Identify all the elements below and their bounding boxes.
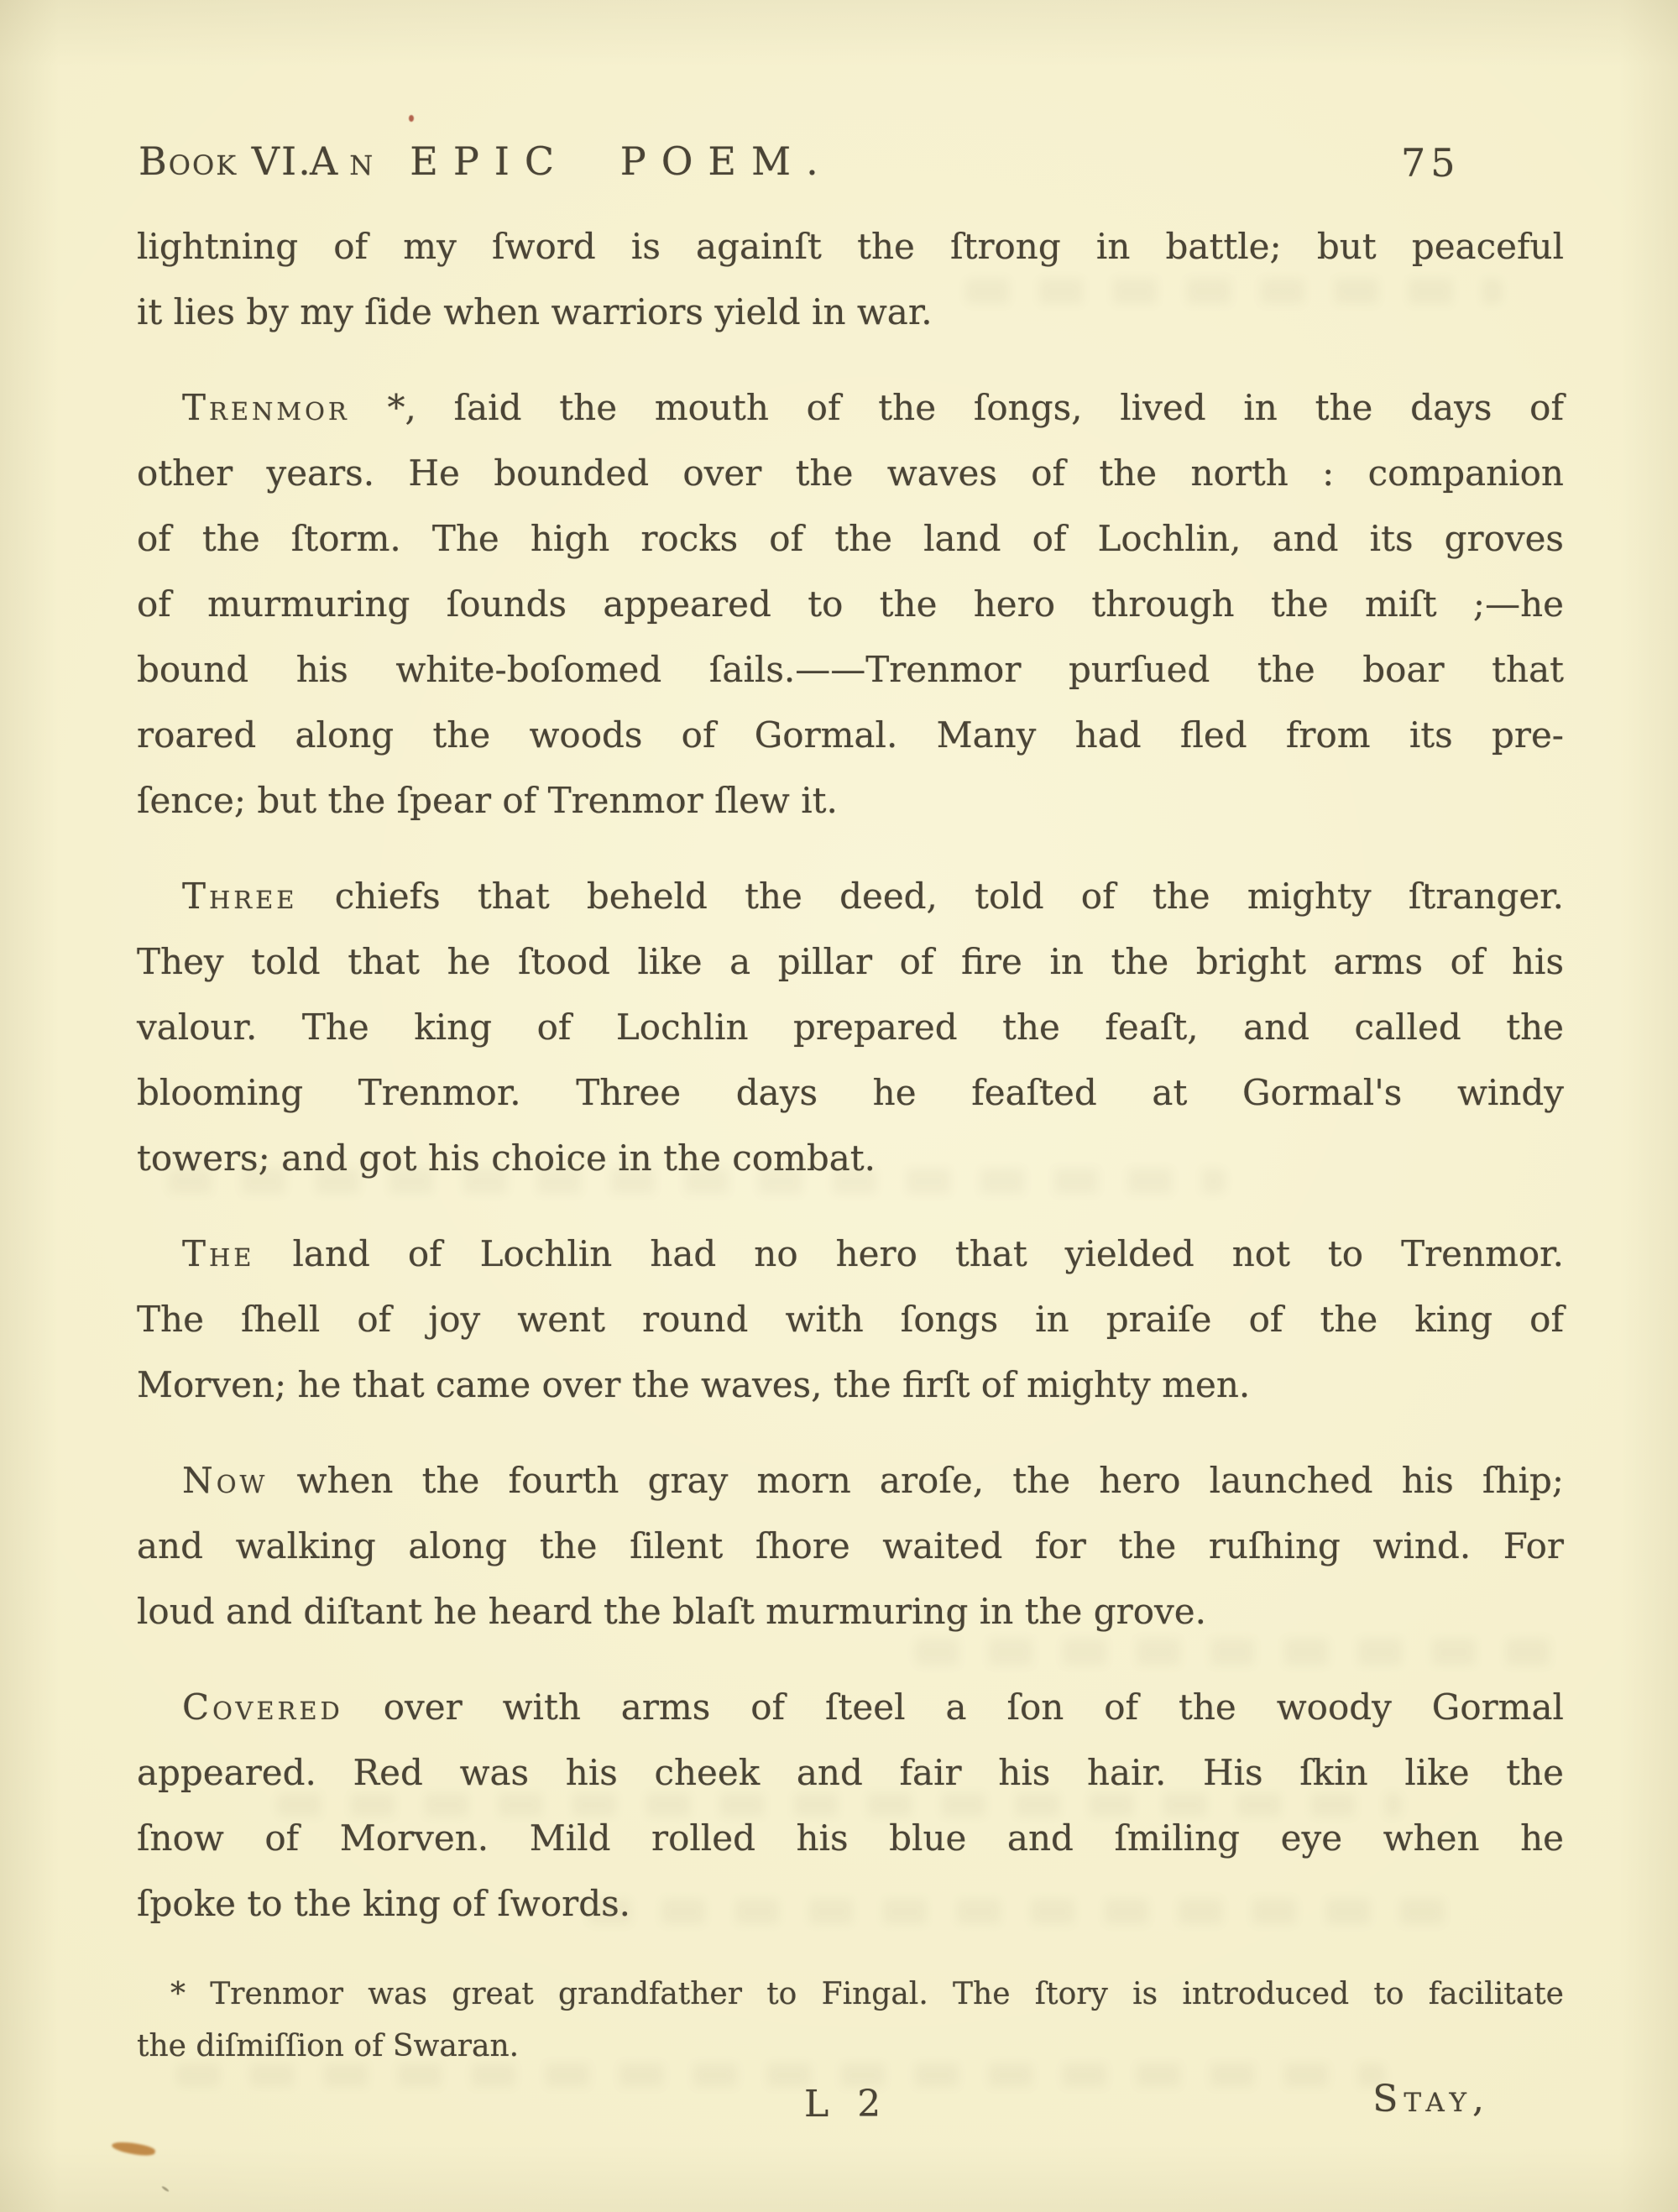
paragraph: Now when the fourth gray morn aroſe, the…: [137, 1448, 1564, 1645]
paragraph-lead: Covered: [182, 1686, 343, 1728]
body-text: lightning of my ſword is againſt the ſtr…: [137, 214, 1564, 1937]
paragraph-lead: Three: [182, 876, 297, 917]
lead-rest: when the fourth gray morn aroſe, the her…: [268, 1460, 1564, 1501]
paragraph: Trenmor *, ſaid the mouth of the ſongs, …: [137, 375, 1564, 834]
book-page-scan: Book VI. AnEpic Poem. 75 lightning of my…: [0, 0, 1678, 2212]
text-line: Now when the fourth gray morn aroſe, the…: [137, 1448, 1564, 1514]
text-line: Covered over with arms of ſteel a ſon of…: [137, 1675, 1564, 1740]
text-line: loud and diſtant he heard the blaſt murm…: [137, 1579, 1564, 1645]
running-title: AnEpic Poem.: [310, 137, 834, 186]
paragraph-lead: Trenmor: [182, 387, 350, 428]
lead-rest: *, ſaid the mouth of the ſongs, lived in…: [350, 387, 1564, 428]
text-line: They told that he ſtood like a pillar of…: [137, 929, 1564, 995]
text-line: of murmuring ſounds appeared to the hero…: [137, 572, 1564, 637]
paragraph: lightning of my ſword is againſt the ſtr…: [137, 214, 1564, 345]
paragraph: Three chiefs that beheld the deed, told …: [137, 864, 1564, 1191]
footnote-line: * Trenmor was great grandfather to Finga…: [137, 1969, 1564, 2021]
text-line: ſpoke to the king of ſwords.: [137, 1871, 1564, 1937]
page-number: 75: [1401, 139, 1461, 187]
text-line: ſence; but the ſpear of Trenmor ſlew it.: [137, 768, 1564, 834]
footnote-line: the diſmiſſion of Swaran.: [137, 2021, 1564, 2073]
red-speck: [409, 115, 414, 122]
text-line: The land of Lochlin had no hero that yie…: [137, 1221, 1564, 1287]
text-line: other years. He bounded over the waves o…: [137, 441, 1564, 506]
text-line: appeared. Red was his cheek and fair his…: [137, 1740, 1564, 1806]
text-line: and walking along the ſilent ſhore waite…: [137, 1514, 1564, 1579]
lead-rest: land of Lochlin had no hero that yielded…: [254, 1233, 1564, 1274]
text-line: Trenmor *, ſaid the mouth of the ſongs, …: [137, 375, 1564, 441]
text-line: Morven; he that came over the waves, the…: [137, 1352, 1564, 1418]
page-footer: L 2 Stay,: [137, 2079, 1564, 2133]
text-line: valour. The king of Lochlin prepared the…: [137, 995, 1564, 1060]
text-line: roared along the woods of Gormal. Many h…: [137, 703, 1564, 768]
paragraph-lead: The: [182, 1233, 254, 1274]
text-line: ſnow of Morven. Mild rolled his blue and…: [137, 1806, 1564, 1871]
dark-speck: [161, 2185, 170, 2192]
paragraph: Covered over with arms of ſteel a ſon of…: [137, 1675, 1564, 1937]
text-line: towers; and got his choice in the combat…: [137, 1126, 1564, 1191]
footnote: * Trenmor was great grandfather to Finga…: [137, 1969, 1564, 2073]
text-line: blooming Trenmor. Three days he feaſted …: [137, 1060, 1564, 1126]
lead-rest: over with arms of ſteel a ſon of the woo…: [343, 1686, 1564, 1728]
signature-mark: L 2: [804, 2079, 881, 2130]
catchword: Stay,: [1372, 2074, 1490, 2125]
text-line: Three chiefs that beheld the deed, told …: [137, 864, 1564, 929]
running-title-article: An: [310, 139, 384, 184]
lead-rest: chiefs that beheld the deed, told of the…: [297, 876, 1564, 917]
text-line: it lies by my ſide when warriors yield i…: [137, 280, 1564, 345]
book-number-label: Book VI.: [139, 137, 312, 186]
rust-fleck: [111, 2139, 156, 2158]
running-title-main: Epic Poem.: [410, 139, 833, 184]
paragraph-lead: Now: [182, 1460, 268, 1501]
running-header: Book VI. AnEpic Poem. 75: [137, 137, 1564, 187]
text-line: The ſhell of joy went round with ſongs i…: [137, 1287, 1564, 1352]
text-line: lightning of my ſword is againſt the ſtr…: [137, 214, 1564, 280]
paragraph: The land of Lochlin had no hero that yie…: [137, 1221, 1564, 1418]
text-block: Book VI. AnEpic Poem. 75 lightning of my…: [137, 0, 1564, 2133]
text-line: bound his white-boſomed ſails.——Trenmor …: [137, 637, 1564, 703]
text-line: of the ſtorm. The high rocks of the land…: [137, 506, 1564, 572]
